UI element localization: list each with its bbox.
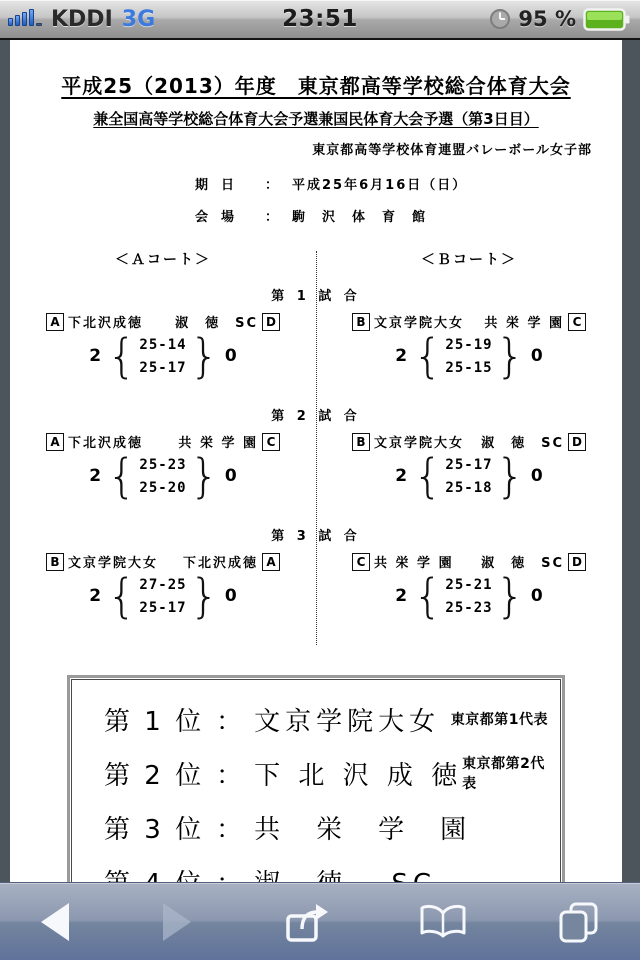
seed-box-right: D [262, 313, 280, 331]
sets-won-left: 2 [395, 346, 407, 366]
seed-box-left: B [352, 313, 370, 331]
forward-button[interactable] [160, 901, 194, 943]
rank-label: 第 3 位 [104, 809, 204, 846]
tabs-button[interactable] [556, 900, 602, 944]
rank-label: 第 1 位 [104, 701, 204, 738]
date-row: 期 日 ： 平成25年6月16日（日） [195, 174, 622, 193]
seed-box-left: A [46, 433, 64, 451]
set-score: 25-17 [139, 600, 186, 616]
standing-row-3: 第 3 位 ： 共 栄 学 園 [72, 800, 560, 854]
date-label: 期 日 [195, 174, 255, 193]
status-bar-right: 95 % [489, 7, 632, 31]
court-a-label: ＜Ａコート＞ [10, 249, 316, 269]
set-score: 25-23 [445, 600, 492, 616]
standing-row-2: 第 2 位 ： 下 北 沢 成 徳 東京都第2代表 [72, 746, 560, 800]
set-score: 27-25 [139, 577, 186, 593]
match-2-court-a-game: A 下北沢成徳 共 栄 学 園 C 2 25-23 [46, 432, 280, 499]
set-score: 25-19 [445, 337, 492, 353]
match-2-court-b-game: B 文京学院大女 淑 徳 SC D 2 25-17 [352, 432, 586, 499]
set-score: 25-17 [139, 360, 186, 376]
set-score: 25-21 [445, 577, 492, 593]
rank-colon: ： [216, 701, 242, 738]
date-value: 平成25年6月16日（日） [292, 174, 467, 193]
score-row: 2 25-19 25-15 0 [352, 333, 586, 379]
back-icon [38, 901, 72, 943]
document-page: 平成25（2013）年度 東京都高等学校総合体育大会 兼全国高等学校総合体育大会… [10, 40, 622, 882]
set-score: 25-20 [139, 480, 186, 496]
score-row: 2 25-14 25-17 0 [46, 333, 280, 379]
set-scores-group: 25-23 25-20 [107, 453, 219, 499]
venue-row: 会 場 ： 駒 沢 体 育 館 [195, 206, 622, 225]
court-divider-line [316, 251, 317, 645]
set-scores-group: 25-14 25-17 [107, 333, 219, 379]
rank-label: 第 2 位 [104, 755, 204, 792]
match-1-court-a-game: A 下北沢成徳 淑 徳 SC D 2 25-14 [46, 312, 280, 379]
seed-box-left: A [46, 313, 64, 331]
seed-box-right: A [262, 553, 280, 571]
seed-box-left: B [46, 553, 64, 571]
rank-label: 第 4 位 [104, 863, 204, 883]
battery-icon [583, 8, 630, 31]
set-score: 25-14 [139, 337, 186, 353]
status-bar: KDDI 3G 23:51 95 % [0, 0, 640, 40]
sets-won-left: 2 [89, 586, 101, 606]
match-1-court-b-game: B 文京学院大女 共 栄 学 園 C 2 25-19 [352, 312, 586, 379]
venue-colon: ： [265, 206, 278, 225]
sets-won-right: 0 [531, 346, 543, 366]
team-name: 文京学院大女 [254, 701, 440, 738]
bookmarks-button[interactable] [418, 901, 468, 943]
team-name: 淑 徳 SC [254, 863, 436, 883]
representative-note: 東京都第1代表 [451, 709, 548, 729]
battery-percent-label: 95 % [518, 7, 576, 31]
status-bar-left: KDDI 3G [8, 7, 155, 32]
sets-won-left: 2 [89, 466, 101, 486]
bookmarks-icon [418, 901, 468, 943]
page-subtitle: 兼全国高等学校総合体育大会予選兼国民体育大会予選（第3日目） [10, 108, 622, 129]
team-name: 下 北 沢 成 徳 [254, 755, 462, 792]
score-row: 2 25-21 25-23 0 [352, 573, 586, 619]
sets-won-right: 0 [531, 586, 543, 606]
organization-label: 東京都高等学校体育連盟バレーボール女子部 [10, 139, 622, 158]
standing-row-4: 第 4 位 ： 淑 徳 SC [72, 854, 560, 882]
standing-row-1: 第 1 位 ： 文京学院大女 東京都第1代表 [72, 692, 560, 746]
score-row: 2 25-23 25-20 0 [46, 453, 280, 499]
rank-colon: ： [216, 809, 242, 846]
court-b-label: ＜Ｂコート＞ [316, 249, 622, 269]
set-scores-group: 27-25 25-17 [107, 573, 219, 619]
rank-colon: ： [216, 755, 242, 792]
rank-colon: ： [216, 863, 242, 883]
date-colon: ： [265, 174, 278, 193]
sets-won-left: 2 [395, 466, 407, 486]
event-info: 期 日 ： 平成25年6月16日（日） 会 場 ： 駒 沢 体 育 館 [195, 174, 622, 225]
sets-won-left: 2 [89, 346, 101, 366]
team-name: 共 栄 学 園 [254, 809, 471, 846]
carrier-label: KDDI [51, 7, 113, 32]
set-score: 25-23 [139, 457, 186, 473]
sets-won-right: 0 [531, 466, 543, 486]
matches-area: ＜Ａコート＞ ＜Ｂコート＞ 第 1 試 合 A 下北沢成徳 淑 徳 SC [10, 249, 622, 645]
signal-strength-icon [8, 9, 42, 29]
browser-viewport: 平成25（2013）年度 東京都高等学校総合体育大会 兼全国高等学校総合体育大会… [0, 40, 640, 882]
sets-won-right: 0 [225, 466, 237, 486]
sets-won-right: 0 [225, 586, 237, 606]
set-score: 25-17 [445, 457, 492, 473]
pages-icon [556, 900, 602, 944]
share-icon [282, 900, 330, 944]
seed-box-left: C [352, 553, 370, 571]
set-score: 25-15 [445, 360, 492, 376]
set-scores-group: 25-17 25-18 [413, 453, 525, 499]
iphone-screen: KDDI 3G 23:51 95 % [0, 0, 640, 960]
set-score: 25-18 [445, 480, 492, 496]
set-scores-group: 25-21 25-23 [413, 573, 525, 619]
score-row: 2 25-17 25-18 0 [352, 453, 586, 499]
seed-box-right: C [568, 313, 586, 331]
final-standings-box: 第 1 位 ： 文京学院大女 東京都第1代表 第 2 位 ： 下 北 沢 成 徳… [67, 675, 565, 882]
representative-note: 東京都第2代表 [462, 753, 548, 793]
seed-box-left: B [352, 433, 370, 451]
forward-icon [160, 901, 194, 943]
venue-value: 駒 沢 体 育 館 [292, 206, 427, 225]
browser-toolbar [0, 882, 640, 960]
match-3-court-a-game: B 文京学院大女 下北沢成徳 A 2 27-25 [46, 552, 280, 619]
score-row: 2 27-25 25-17 0 [46, 573, 280, 619]
match-3-court-b-game: C 共 栄 学 園 淑 徳 SC D 2 25-21 [352, 552, 586, 619]
venue-label: 会 場 [195, 206, 255, 225]
seed-box-right: C [262, 433, 280, 451]
network-type-label: 3G [122, 7, 155, 32]
seed-box-right: D [568, 433, 586, 451]
share-button[interactable] [282, 900, 330, 944]
sets-won-right: 0 [225, 346, 237, 366]
page-title: 平成25（2013）年度 東京都高等学校総合体育大会 [10, 70, 622, 99]
alarm-clock-icon [489, 8, 511, 30]
back-button[interactable] [38, 901, 72, 943]
seed-box-right: D [568, 553, 586, 571]
set-scores-group: 25-19 25-15 [413, 333, 525, 379]
sets-won-left: 2 [395, 586, 407, 606]
